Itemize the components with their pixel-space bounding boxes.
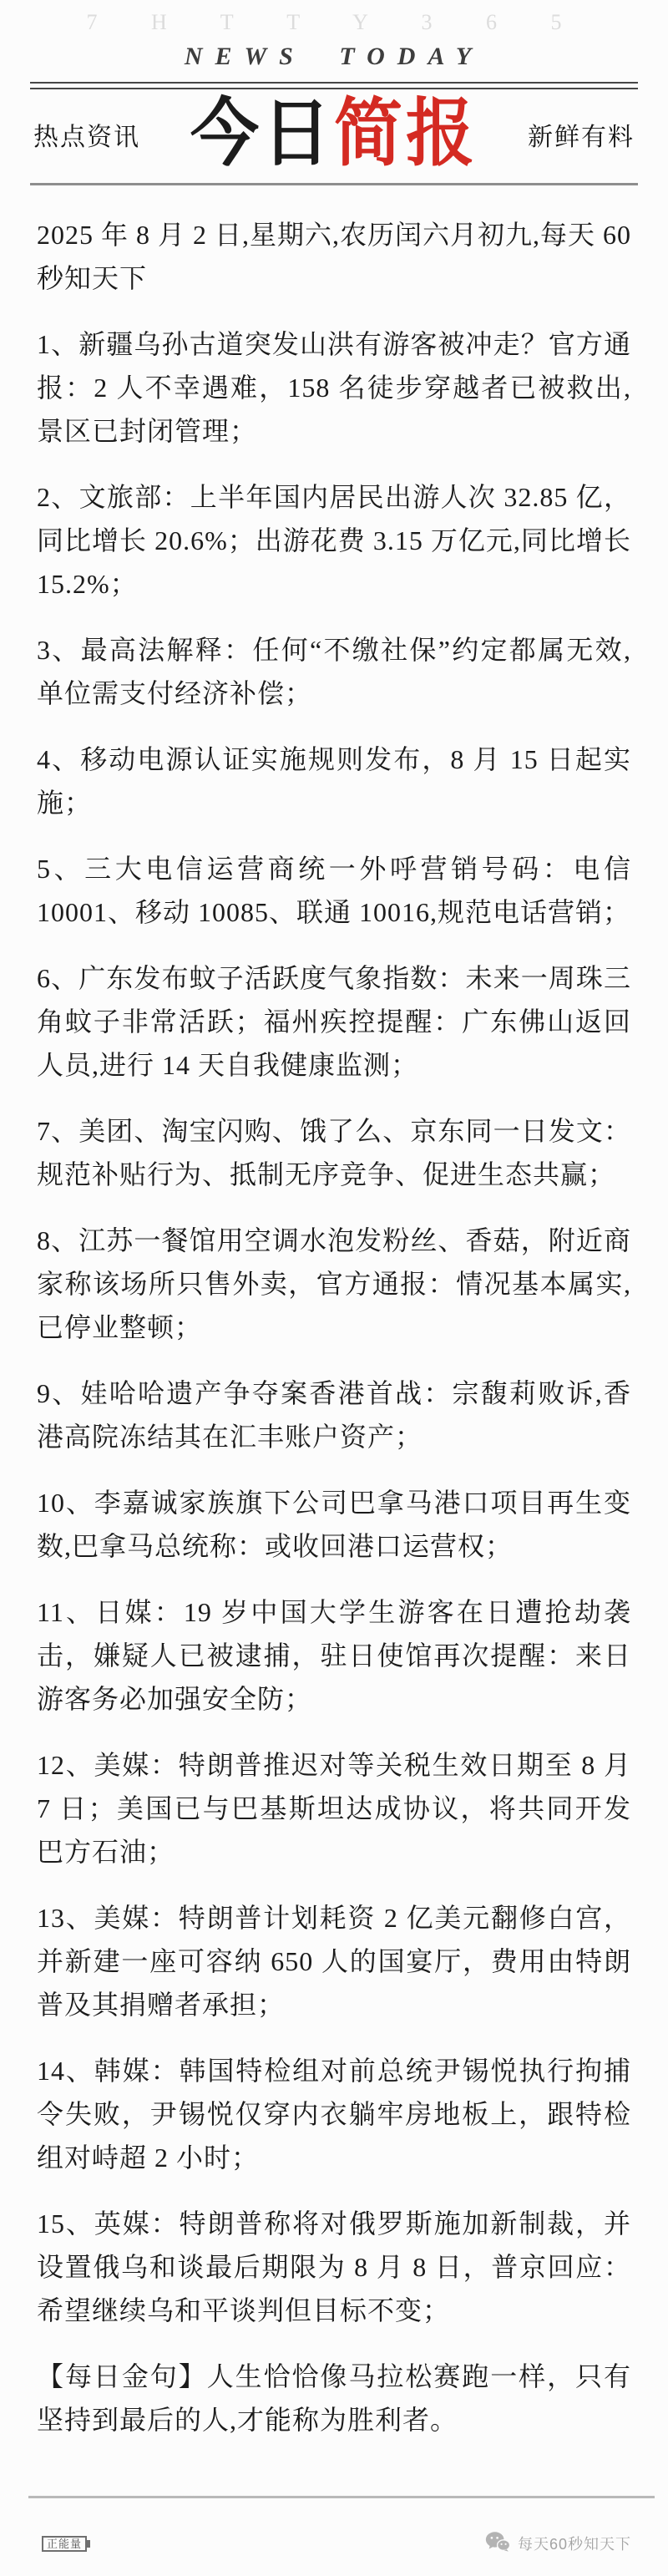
masthead-title: NEWS TODAY — [0, 43, 668, 70]
date-line: 2025 年 8 月 2 日,星期六,农历闰六月初九,每天 60 秒知天下 — [37, 213, 631, 300]
wechat-icon — [485, 2531, 510, 2556]
news-item: 11、日媒：19 岁中国大学生游客在日遭抢劫袭击，嫌疑人已被逮捕，驻日使馆再次提… — [37, 1590, 631, 1721]
news-item: 8、江苏一餐馆用空调水泡发粉丝、香菇，附近商家称该场所只售外卖，官方通报：情况基… — [37, 1219, 631, 1349]
briefing-content: 2025 年 8 月 2 日,星期六,农历闰六月初九,每天 60 秒知天下 1、… — [37, 213, 631, 2442]
news-briefing-page: 7 H T T Y 3 6 5 NEWS TODAY 热点资讯 今日简报 新鲜有… — [0, 0, 668, 2576]
daily-quote: 【每日金句】人生恰恰像马拉松赛跑一样，只有坚持到最后的人,才能称为胜利者。 — [37, 2355, 631, 2442]
news-item: 15、英媒：特朗普称将对俄罗斯施加新制裁，并设置俄乌和谈最后期限为 8 月 8 … — [37, 2202, 631, 2332]
news-item: 5、三大电信运营商统一外呼营销号码：电信 10001、移动 10085、联通 1… — [37, 847, 631, 934]
news-item: 12、美媒：特朗普推迟对等关税生效日期至 8 月 7 日；美国已与巴基斯坦达成协… — [37, 1743, 631, 1874]
news-item: 9、娃哈哈遗产争夺案香港首战：宗馥莉败诉,香港高院冻结其在汇丰账户资产； — [37, 1372, 631, 1458]
tagline-left: 热点资讯 — [33, 116, 140, 153]
news-item: 7、美团、淘宝闪购、饿了么、京东同一日发文：规范补贴行为、抵制无序竞争、促进生态… — [37, 1109, 631, 1196]
ghost-watermark-text: 7 H T T Y 3 6 5 — [0, 0, 668, 35]
news-item: 4、移动电源认证实施规则发布，8 月 15 日起实施； — [37, 738, 631, 824]
page-title-black: 今日 — [190, 93, 334, 175]
news-item: 3、最高法解释：任何“不缴社保”约定都属无效,单位需支付经济补偿； — [37, 628, 631, 715]
news-item: 13、美媒：特朗普计划耗资 2 亿美元翻修白宫，并新建一座可容纳 650 人的国… — [37, 1896, 631, 2026]
source-label: 每天60秒知天下 — [518, 2533, 631, 2554]
news-item: 10、李嘉诚家族旗下公司巴拿马港口项目再生变数,巴拿马总统称：或收回港口运营权； — [37, 1481, 631, 1568]
single-divider — [30, 183, 638, 185]
news-item: 6、广东发布蚊子活跃度气象指数：未来一周珠三角蚊子非常活跃；福州疾控提醒：广东佛… — [37, 956, 631, 1087]
footer-row: 正能量 每天60秒知天下 — [42, 2531, 631, 2556]
footer-divider — [28, 2496, 655, 2498]
positive-energy-battery-badge: 正能量 — [42, 2536, 87, 2552]
news-item: 1、新疆乌孙古道突发山洪有游客被冲走？官方通报：2 人不幸遇难，158 名徒步穿… — [37, 322, 631, 453]
news-item: 14、韩媒：韩国特检组对前总统尹锡悦执行拘捕令失败，尹锡悦仅穿内衣躺牢房地板上，… — [37, 2049, 631, 2179]
source-credit: 每天60秒知天下 — [485, 2531, 631, 2556]
tagline-right: 新鲜有料 — [528, 116, 635, 153]
page-title: 今日简报 — [190, 98, 478, 172]
page-title-red: 简报 — [334, 93, 478, 175]
double-divider — [30, 82, 638, 89]
news-item: 2、文旅部：上半年国内居民出游人次 32.85 亿，同比增长 20.6%；出游花… — [37, 475, 631, 606]
header-row: 热点资讯 今日简报 新鲜有料 — [33, 89, 635, 180]
